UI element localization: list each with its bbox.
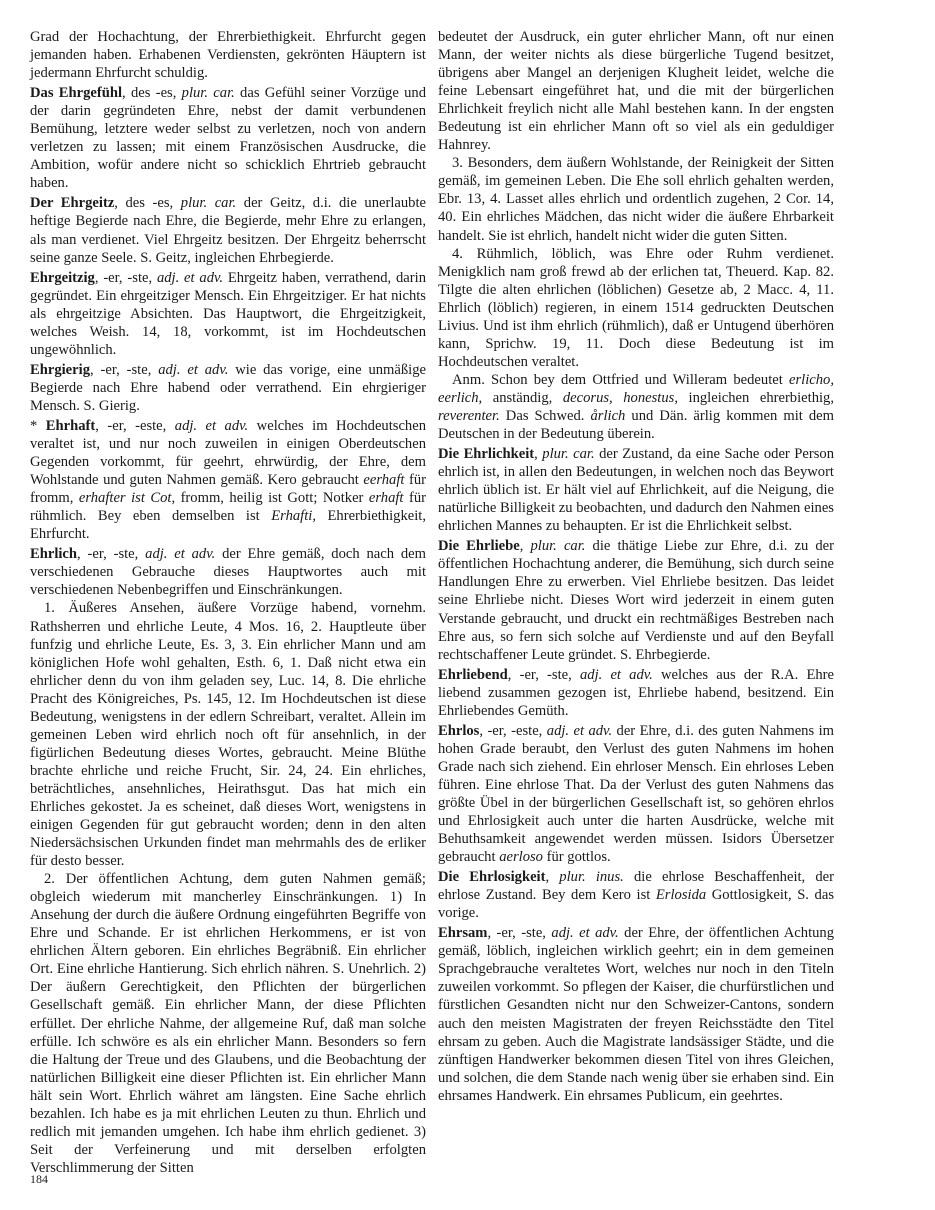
body-text: 4. Rühmlich, löblich, was Ehre oder Ruhm…	[438, 246, 834, 370]
italic-text: Erhafti,	[271, 508, 316, 524]
paragraph: bedeutet der Ausdruck, ein guter ehrlich…	[438, 28, 834, 154]
body-text: 2. Der öffentlichen Achtung, dem guten N…	[30, 871, 426, 1176]
italic-text: plur. car.	[530, 538, 585, 554]
body-text: ,	[520, 538, 531, 554]
body-text: Grad der Hochachtung, der Ehrerbiethigke…	[30, 29, 426, 81]
body-text: ,	[545, 869, 559, 885]
body-text: , -er, -ste,	[77, 546, 145, 562]
paragraph: Anm. Schon bey dem Ottfried und Willeram…	[438, 371, 834, 443]
dictionary-entry: Die Ehrliebe, plur. car. die thätige Lie…	[438, 537, 834, 663]
italic-text: adj. et adv.	[580, 667, 653, 683]
entry-headword: Ehrsam	[438, 925, 487, 941]
italic-text: erhafter ist Cot,	[79, 490, 175, 506]
body-text: , -er, -este,	[95, 418, 175, 434]
italic-text: reverenter.	[438, 408, 500, 424]
body-text: , -er, -este,	[479, 723, 546, 739]
body-text: der Ehre, der öffentlichen Achtung gemäß…	[438, 925, 834, 1103]
body-text: die thätige Liebe zur Ehre, d.i. zu der …	[438, 538, 834, 662]
body-text: der Ehre, d.i. des guten Nahmens im hohe…	[438, 723, 834, 865]
dictionary-entry: * Ehrhaft, -er, -este, adj. et adv. welc…	[30, 417, 426, 543]
body-text: fromm, heilig ist Gott; Notker	[175, 490, 369, 506]
italic-text: adj. et adv.	[547, 723, 612, 739]
entry-headword: Ehrhaft	[46, 418, 95, 434]
dictionary-entry: Die Ehrlosigkeit, plur. inus. die ehrlos…	[438, 868, 834, 922]
body-text: , -er, -ste,	[90, 362, 158, 378]
body-text: für gottlos.	[543, 849, 611, 865]
body-text: ingleichen ehrerbiethig,	[678, 390, 834, 406]
right-column: bedeutet der Ausdruck, ein guter ehrlich…	[438, 28, 834, 1105]
dictionary-entry: Ehrlos, -er, -este, adj. et adv. der Ehr…	[438, 722, 834, 866]
entry-headword: Ehrlich	[30, 546, 77, 562]
entry-headword: Das Ehrgefühl	[30, 85, 122, 101]
italic-text: Erlosida	[656, 887, 706, 903]
italic-text: adj. et adv.	[157, 270, 223, 286]
entry-headword: Die Ehrlichkeit	[438, 446, 534, 462]
entry-headword: Ehrgierig	[30, 362, 90, 378]
body-text: anständig,	[482, 390, 563, 406]
dictionary-entry: Ehrlich, -er, -ste, adj. et adv. der Ehr…	[30, 545, 426, 599]
italic-text: plur. car.	[181, 195, 236, 211]
dictionary-entry: Ehrgierig, -er, -ste, adj. et adv. wie d…	[30, 361, 426, 415]
italic-text: aerloso	[499, 849, 543, 865]
body-text: Anm. Schon bey dem Ottfried und Willeram…	[452, 372, 789, 388]
body-text: bedeutet der Ausdruck, ein guter ehrlich…	[438, 29, 834, 153]
italic-text: årlich	[590, 408, 625, 424]
italic-text: plur. car.	[542, 446, 594, 462]
entry-headword: Ehrgeitzig	[30, 270, 95, 286]
dictionary-entry: Die Ehrlichkeit, plur. car. der Zustand,…	[438, 445, 834, 535]
body-text: 1. Äußeres Ansehen, äußere Vorzüge haben…	[30, 600, 426, 869]
paragraph: 4. Rühmlich, löblich, was Ehre oder Ruhm…	[438, 245, 834, 371]
page-number: 184	[30, 1172, 48, 1187]
italic-text: er­haft	[369, 490, 404, 506]
dictionary-entry: Das Ehrgefühl, des -es, plur. car. das G…	[30, 84, 426, 192]
paragraph: 1. Äußeres Ansehen, äußere Vorzüge haben…	[30, 599, 426, 870]
italic-text: plur. inus.	[559, 869, 624, 885]
italic-text: plur. car.	[182, 85, 235, 101]
entry-headword: Ehrlos	[438, 723, 479, 739]
body-text: 3. Besonders, dem äußern Wohlstande, der…	[438, 155, 834, 243]
paragraph: 2. Der öffentlichen Achtung, dem guten N…	[30, 870, 426, 1177]
entry-headword: Der Ehrgeitz	[30, 195, 114, 211]
italic-text: adj. et adv.	[175, 418, 248, 434]
body-text: , des -es,	[122, 85, 182, 101]
body-text: Das Schwed.	[500, 408, 591, 424]
entry-headword: Die Ehrlosigkeit	[438, 869, 545, 885]
italic-text: adj. et adv.	[145, 546, 215, 562]
italic-text: eerhaft	[363, 472, 404, 488]
entry-headword: Die Ehrliebe	[438, 538, 520, 554]
italic-text: adj. et adv.	[158, 362, 228, 378]
body-text: , -er, -ste,	[508, 667, 580, 683]
entry-headword: Ehrliebend	[438, 667, 508, 683]
italic-text: decorus, honestus,	[563, 390, 678, 406]
dictionary-entry: Ehrsam, -er, -ste, adj. et adv. der Ehre…	[438, 924, 834, 1104]
paragraph: 3. Besonders, dem äußern Wohlstande, der…	[438, 154, 834, 244]
body-text: , des -es,	[114, 195, 180, 211]
body-text: , -er, -ste,	[95, 270, 157, 286]
body-text: *	[30, 418, 46, 434]
body-text: , -er, -ste,	[487, 925, 551, 941]
dictionary-entry: Der Ehrgeitz, des -es, plur. car. der Ge…	[30, 194, 426, 266]
left-column: Grad der Hochachtung, der Ehrerbiethigke…	[30, 28, 426, 1177]
dictionary-entry: Ehrliebend, -er, -ste, adj. et adv. welc…	[438, 666, 834, 720]
paragraph: Grad der Hochachtung, der Ehrerbiethigke…	[30, 28, 426, 82]
italic-text: adj. et adv.	[551, 925, 618, 941]
dictionary-entry: Ehrgeitzig, -er, -ste, adj. et adv. Ehrg…	[30, 269, 426, 359]
